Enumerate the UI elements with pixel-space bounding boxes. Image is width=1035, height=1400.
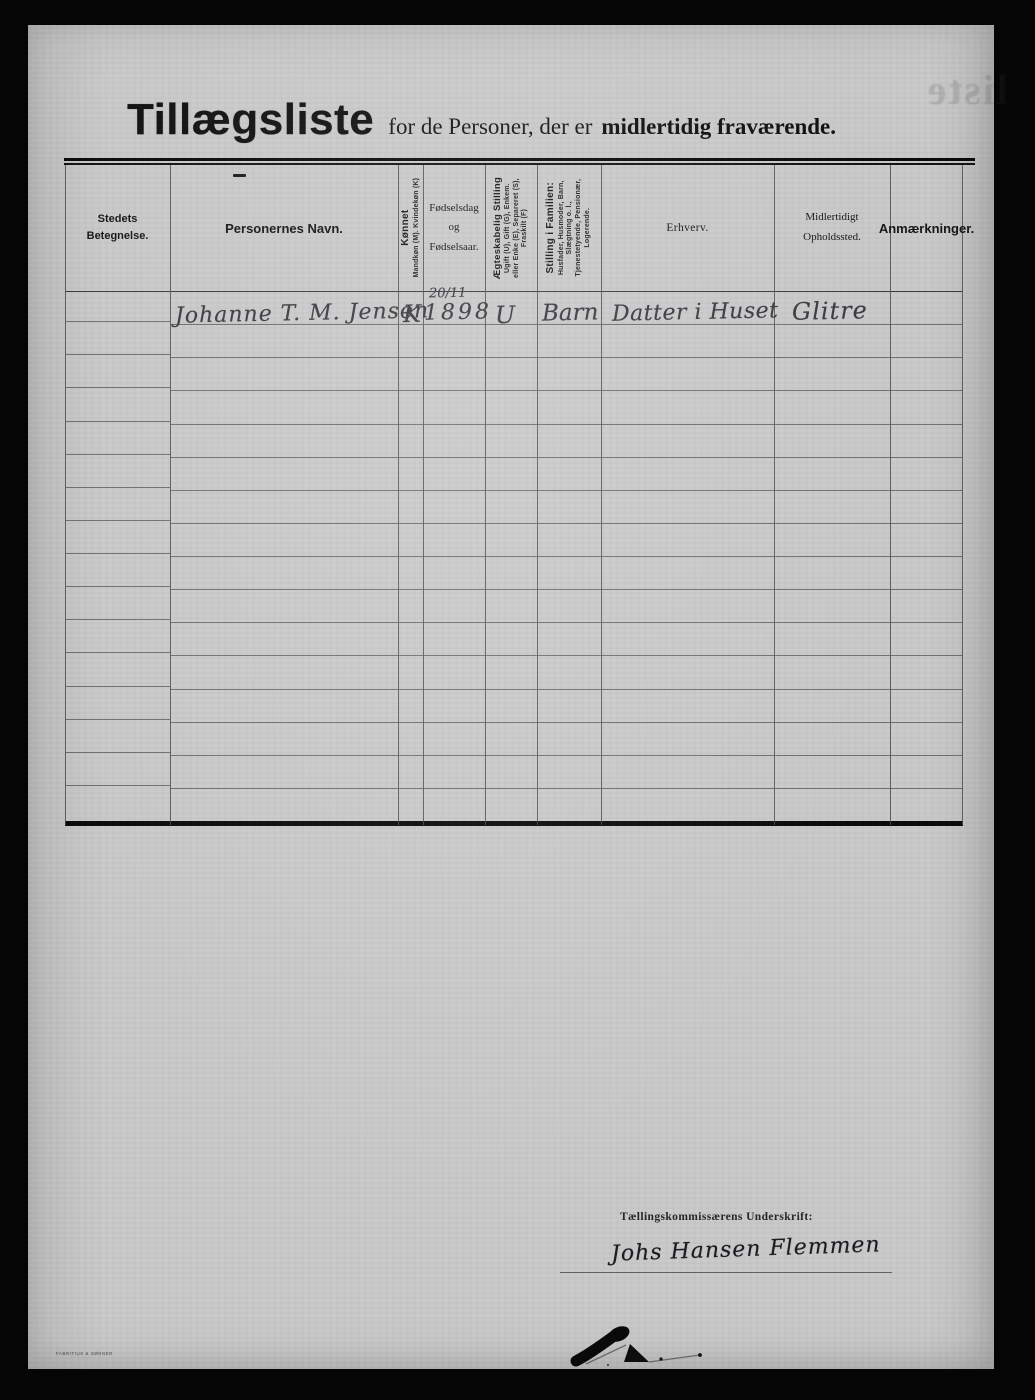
row-line bbox=[65, 553, 170, 554]
col-header-stedets-betegnelse: Stedets Betegnelse. bbox=[65, 165, 170, 291]
row-line bbox=[65, 652, 170, 653]
col-header-fodselsdag: Fødselsdag og Fødselsaar. bbox=[423, 165, 485, 291]
row-line bbox=[170, 788, 963, 789]
col-header-label: Ægteskabelig Stilling bbox=[492, 177, 504, 279]
row-line bbox=[170, 689, 963, 690]
row-line bbox=[170, 589, 963, 590]
row-line bbox=[170, 490, 963, 491]
form-title-subtitle: for de Personer, der er bbox=[388, 114, 592, 140]
signature-line bbox=[560, 1272, 892, 1273]
col-header-sublabel: Husfader, Husmoder, Barn, bbox=[558, 181, 567, 276]
entry-sex-handwriting: K bbox=[403, 300, 422, 328]
row-line bbox=[65, 586, 170, 587]
row-line bbox=[65, 619, 170, 620]
census-table: Stedets Betegnelse. Personernes Navn. Kø… bbox=[65, 158, 963, 826]
row-line bbox=[170, 357, 963, 358]
row-line bbox=[65, 387, 170, 388]
row-line bbox=[65, 719, 170, 720]
ink-blot-mark bbox=[568, 1315, 768, 1393]
form-title-main: Tillægsliste bbox=[127, 95, 374, 145]
scan-background: liste Tillægsliste for de Personer, der … bbox=[0, 0, 1035, 1400]
row-line bbox=[170, 722, 963, 723]
form-title: Tillægsliste for de Personer, der er mid… bbox=[127, 95, 836, 145]
rotated-header: Kønnet Mandkøn (M). Kvindekøn (K) bbox=[400, 178, 421, 278]
header-separator-line bbox=[65, 291, 963, 292]
col-header-sublabel: Slægtning o. l., bbox=[567, 201, 576, 254]
row-line bbox=[65, 752, 170, 753]
signature-label: Tællingskommissærens Underskrift: bbox=[620, 1211, 813, 1223]
col-header-konnet: Kønnet Mandkøn (M). Kvindekøn (K) bbox=[398, 165, 423, 291]
row-line bbox=[65, 454, 170, 455]
col-header-label: Personernes Navn. bbox=[225, 221, 343, 236]
entry-family-position-handwriting: Barn bbox=[542, 299, 599, 326]
row-line bbox=[65, 487, 170, 488]
col-header-stilling-i-familien: Stilling i Familien: Husfader, Husmoder,… bbox=[537, 165, 601, 291]
entry-marital-status-handwriting: U bbox=[495, 301, 516, 329]
col-header-sublabel: Mandkøn (M). Kvindekøn (K) bbox=[412, 178, 421, 278]
entry-occupation-handwriting: Datter i Huset bbox=[612, 298, 779, 326]
col-header-label: Erhverv. bbox=[666, 222, 708, 234]
signature-handwriting: Johs Hansen Flemmen bbox=[611, 1232, 881, 1266]
col-header-label: Anmærkninger. bbox=[879, 221, 974, 236]
col-header-label: Midlertidigt Opholdssted. bbox=[792, 208, 872, 248]
col-header-label: Fødselsdag og Fødselsaar. bbox=[425, 199, 483, 257]
col-header-erhverv: Erhverv. bbox=[601, 165, 774, 291]
col-header-sublabel: Fraskilt (F) bbox=[521, 209, 530, 247]
row-line bbox=[170, 655, 963, 656]
row-line bbox=[65, 785, 170, 786]
col-header-personernes-navn: Personernes Navn. bbox=[170, 165, 398, 291]
rotated-header: Ægteskabelig Stilling Ugift (U), Gift (G… bbox=[492, 177, 530, 279]
document-page: liste Tillægsliste for de Personer, der … bbox=[28, 25, 994, 1369]
entry-name-handwriting: Johanne T. M. Jensen bbox=[175, 298, 430, 328]
row-line bbox=[65, 354, 170, 355]
entry-birthyear-handwriting: 1898 bbox=[424, 299, 493, 325]
col-header-anmaerkninger: Anmærkninger. bbox=[890, 165, 963, 291]
table-top-rule bbox=[64, 158, 975, 161]
col-header-sublabel: eller Enke (E), Separeret (S), bbox=[513, 178, 522, 278]
col-header-label: Stedets Betegnelse. bbox=[78, 211, 158, 245]
col-header-aegteskabelig-stilling: Ægteskabelig Stilling Ugift (U), Gift (G… bbox=[485, 165, 537, 291]
row-line bbox=[65, 686, 170, 687]
col-header-sublabel: Tjenestetyende, Pensionær, bbox=[575, 179, 584, 277]
col-header-midlertidigt-opholdssted: Midlertidigt Opholdssted. bbox=[774, 165, 890, 291]
entry-residence-handwriting: Glitre bbox=[792, 296, 868, 326]
row-line bbox=[65, 520, 170, 521]
col-header-label: Stilling i Familien: bbox=[545, 182, 558, 274]
table-bottom-rule bbox=[65, 821, 963, 826]
form-title-subtitle-bold: midlertidig fraværende. bbox=[601, 114, 836, 140]
row-line bbox=[170, 390, 963, 391]
col-header-sublabel: Logerende. bbox=[584, 208, 593, 248]
row-line bbox=[170, 457, 963, 458]
row-line bbox=[170, 556, 963, 557]
row-line bbox=[170, 622, 963, 623]
row-line bbox=[170, 424, 963, 425]
bleedthrough-ghost-text: liste bbox=[858, 67, 1008, 115]
col-header-sublabel: Ugift (U), Gift (G), Enkem. bbox=[504, 183, 513, 273]
row-line bbox=[65, 321, 170, 322]
rotated-header: Stilling i Familien: Husfader, Husmoder,… bbox=[545, 179, 593, 277]
row-line bbox=[170, 523, 963, 524]
col-header-label: Kønnet bbox=[400, 210, 413, 246]
row-line bbox=[170, 755, 963, 756]
printer-imprint: FABRITIUS & SØNNER bbox=[56, 1351, 113, 1356]
row-line bbox=[65, 421, 170, 422]
